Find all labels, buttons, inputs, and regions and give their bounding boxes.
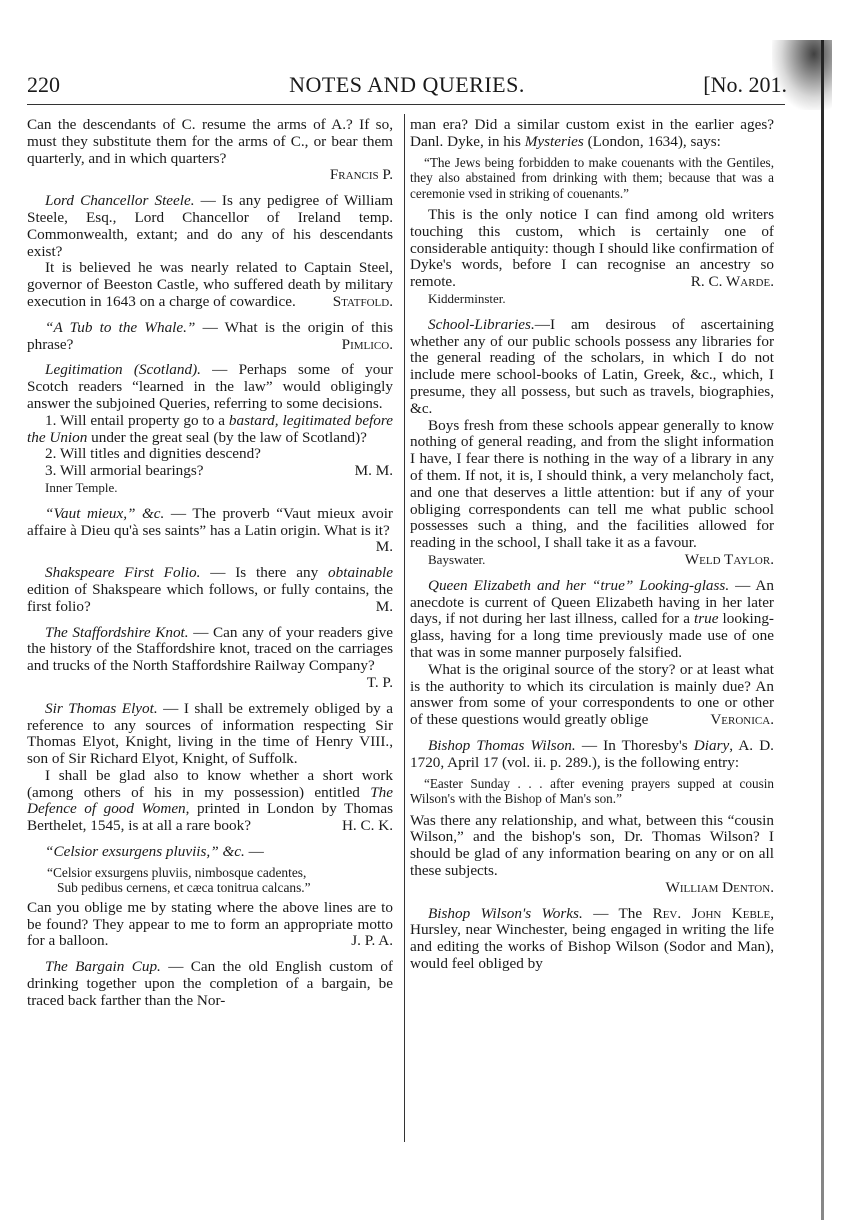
- place-line: Inner Temple.: [27, 480, 393, 497]
- right-column: man era? Did a similar custom exist in t…: [410, 117, 774, 982]
- entry-heading: Legitimation (Scotland).: [45, 361, 201, 378]
- entry-body: Shakspeare First Folio. — Is there any o…: [27, 565, 393, 615]
- verse-quote: “Celsior exsurgens pluviis, nimbosque ca…: [47, 865, 393, 896]
- entry-body: The Staffordshire Knot. — Can any of you…: [27, 625, 393, 675]
- query-item-3: 3. Will armorial bearings?M. M.: [27, 463, 393, 480]
- signature: H. C. K.: [324, 818, 393, 835]
- signature: Weld Taylor.: [667, 552, 774, 569]
- query-entry-celsior-exsurgens: “Celsior exsurgens pluviis,” &c. — “Cels…: [27, 844, 393, 950]
- left-column: Can the descendants of C. resume the arm…: [27, 117, 393, 1019]
- entry-para: This is the only notice I can find among…: [410, 207, 774, 291]
- query-entry-bishop-wilsons-works: Bishop Wilson's Works. — The Rev. John K…: [410, 906, 774, 973]
- signature: Veronica.: [692, 712, 774, 729]
- place-line: Kidderminster.: [410, 291, 774, 308]
- entry-para: It is believed he was nearly related to …: [27, 260, 393, 310]
- entry-heading: “Vaut mieux,” &c.: [45, 505, 164, 522]
- query-entry-lord-chancellor-steele: Lord Chancellor Steele. — Is any pedigre…: [27, 193, 393, 311]
- query-entry-school-libraries: School-Libraries.—I am desirous of ascer…: [410, 317, 774, 569]
- entry-heading-line: “Celsior exsurgens pluviis,” &c. —: [27, 844, 393, 861]
- signature: Statfold.: [315, 294, 393, 311]
- person-name: Rev. John Keble: [653, 905, 771, 922]
- entry-heading: Bishop Wilson's Works.: [428, 905, 583, 922]
- entry-body: Queen Elizabeth and her “true” Looking-g…: [410, 578, 774, 662]
- journal-title: NOTES AND QUERIES.: [27, 71, 787, 99]
- entry-body: Can the descendants of C. resume the arm…: [27, 117, 393, 167]
- entry-body: “A Tub to the Whale.” — What is the orig…: [27, 320, 393, 354]
- signature: Francis P.: [27, 167, 393, 184]
- query-entry-legitimation-scotland: Legitimation (Scotland). — Perhaps some …: [27, 362, 393, 496]
- entry-body: Sir Thomas Elyot. — I shall be extremely…: [27, 701, 393, 768]
- query-item-1: 1. Will entail property go to a bastard,…: [27, 413, 393, 447]
- query-entry-sir-thomas-elyot: Sir Thomas Elyot. — I shall be extremely…: [27, 701, 393, 835]
- column-divider: [404, 114, 405, 1142]
- entry-para: Boys fresh from these schools appear gen…: [410, 418, 774, 552]
- entry-heading: “A Tub to the Whale.”: [45, 319, 195, 336]
- signature: M.: [358, 599, 393, 616]
- query-entry-bargain-cup: The Bargain Cup. — Can the old English c…: [27, 959, 393, 1009]
- entry-body: The Bargain Cup. — Can the old English c…: [27, 959, 393, 1009]
- signature: J. P. A.: [351, 933, 393, 950]
- entry-heading: The Bargain Cup.: [45, 958, 161, 975]
- signature: M. M.: [337, 463, 393, 480]
- entry-body: Lord Chancellor Steele. — Is any pedigre…: [27, 193, 393, 260]
- entry-para: I shall be glad also to know whether a s…: [27, 768, 393, 835]
- entry-body: School-Libraries.—I am desirous of ascer…: [410, 317, 774, 418]
- query-entry-queen-elizabeth-looking-glass: Queen Elizabeth and her “true” Looking-g…: [410, 578, 774, 729]
- entry-body: Bishop Wilson's Works. — The Rev. John K…: [410, 906, 774, 973]
- entry-heading: Lord Chancellor Steele.: [45, 192, 195, 209]
- signature: T. P.: [349, 675, 393, 692]
- entry-body: Bishop Thomas Wilson. — In Thoresby's Di…: [410, 738, 774, 772]
- query-entry-staffordshire-knot: The Staffordshire Knot. — Can any of you…: [27, 625, 393, 692]
- query-entry-vaut-mieux: “Vaut mieux,” &c. — The proverb “Vaut mi…: [27, 506, 393, 556]
- query-entry-arms: Can the descendants of C. resume the arm…: [27, 117, 393, 184]
- signature: William Denton.: [410, 880, 774, 897]
- query-item-2: 2. Will titles and dignities descend?: [27, 446, 393, 463]
- block-quote: “Easter Sunday . . . after evening praye…: [410, 776, 774, 807]
- header-rule: [27, 104, 785, 105]
- entry-heading: School-Libraries.: [428, 316, 535, 333]
- entry-heading: Queen Elizabeth and her “true” Looking-g…: [428, 577, 729, 594]
- query-entry-bargain-cup-continued: man era? Did a similar custom exist in t…: [410, 117, 774, 308]
- entry-para: Was there any relationship, and what, be…: [410, 813, 774, 880]
- entry-heading: Sir Thomas Elyot.: [45, 700, 158, 717]
- page-edge-binding: [821, 40, 824, 1220]
- entry-body: Legitimation (Scotland). — Perhaps some …: [27, 362, 393, 412]
- entry-body: “Vaut mieux,” &c. — The proverb “Vaut mi…: [27, 506, 393, 540]
- entry-para: What is the original source of the story…: [410, 662, 774, 729]
- signature: M.: [358, 539, 393, 556]
- signature: R. C. Warde.: [673, 274, 774, 291]
- entry-heading: “Celsior exsurgens pluviis,” &c.: [45, 843, 245, 860]
- entry-body: man era? Did a similar custom exist in t…: [410, 117, 774, 151]
- entry-body: Can you oblige me by stating where the a…: [27, 900, 393, 950]
- entry-heading: Bishop Thomas Wilson.: [428, 737, 576, 754]
- query-entry-tub-to-the-whale: “A Tub to the Whale.” — What is the orig…: [27, 320, 393, 354]
- entry-heading: Shakspeare First Folio.: [45, 564, 200, 581]
- verse-line: Sub pedibus cernens, et cæca tonitrua ca…: [47, 880, 393, 896]
- verse-line: “Celsior exsurgens pluviis, nimbosque ca…: [47, 865, 393, 881]
- entry-heading: The Staffordshire Knot.: [45, 624, 189, 641]
- running-header: 220 NOTES AND QUERIES. [No. 201.: [27, 71, 787, 99]
- query-entry-bishop-thomas-wilson: Bishop Thomas Wilson. — In Thoresby's Di…: [410, 738, 774, 897]
- issue-number: [No. 201.: [703, 71, 787, 99]
- block-quote: “The Jews being forbidden to make couena…: [410, 155, 774, 202]
- query-entry-shakspeare-first-folio: Shakspeare First Folio. — Is there any o…: [27, 565, 393, 615]
- signature: Pimlico.: [324, 337, 393, 354]
